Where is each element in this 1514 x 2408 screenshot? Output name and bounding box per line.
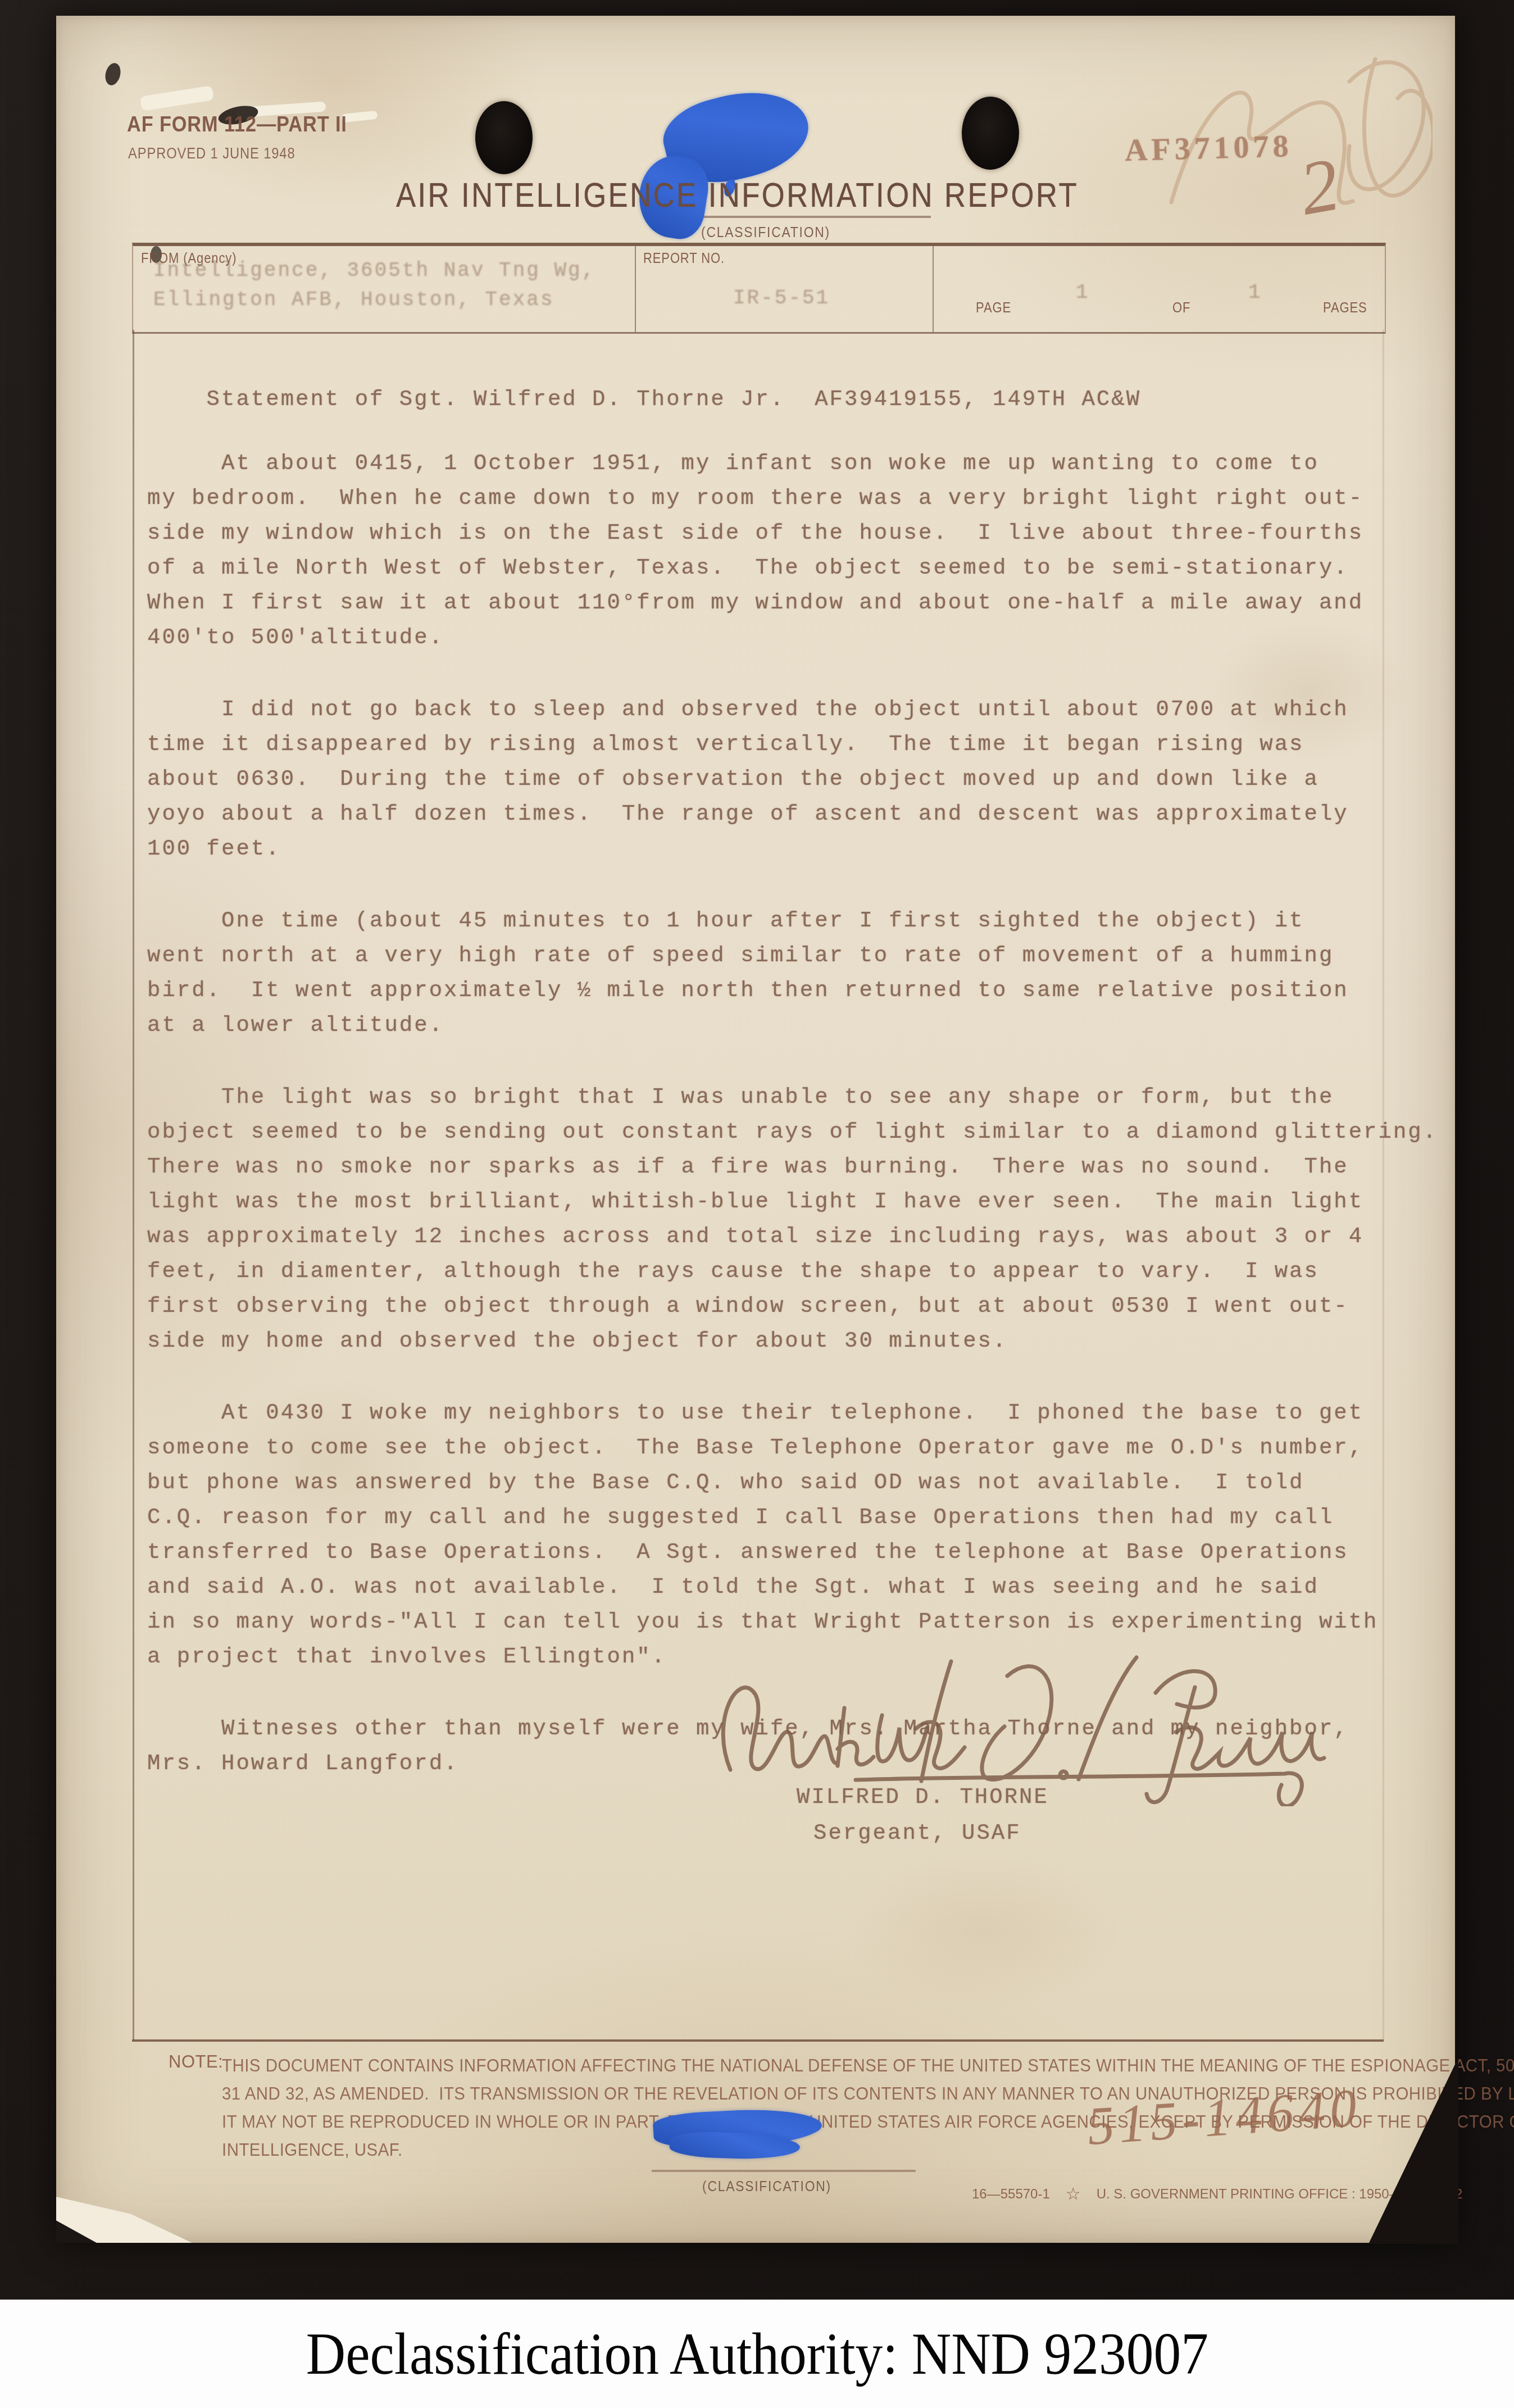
form-header-box: FROM (Agency) Intelligence, 3605th Nav T… <box>132 243 1386 334</box>
pages-label: PAGES <box>1323 300 1373 316</box>
statement-heading: Statement of Sgt. Wilfred D. Thorne Jr. … <box>147 382 1438 417</box>
form-number-text: AF FORM 112—PART II <box>127 112 347 137</box>
form-box-divider <box>635 246 636 332</box>
body-frame-left-line <box>133 330 134 2041</box>
gpo-star-icon: ☆ <box>1066 2184 1081 2204</box>
page-number: 1 <box>1076 275 1090 310</box>
gpo-code: 16—55570-1 <box>972 2187 1050 2202</box>
signer-rank-typed: Sergeant, USAF <box>813 1816 1021 1851</box>
scanned-document-photo: AF FORM 112—PART II APPROVED 1 JUNE 1948… <box>0 0 1514 2408</box>
declassification-bar: Declassification Authority: NND 923007 <box>0 2300 1514 2408</box>
form-box-divider <box>933 246 934 332</box>
report-no-label-text: REPORT NO. <box>643 251 725 267</box>
punch-hole-left <box>475 101 533 174</box>
pencil-scribble <box>1140 34 1433 247</box>
declassification-text: Declassification Authority: NND 923007 <box>306 2320 1208 2388</box>
form-approved-text: APPROVED 1 JUNE 1948 <box>128 145 295 162</box>
pages-number: 1 <box>1248 275 1262 310</box>
paragraph: I did not go back to sleep and observed … <box>147 692 1438 866</box>
classification-underline-bottom <box>652 2170 916 2172</box>
classification-label-top-text: (CLASSIFICATION) <box>701 224 830 241</box>
classification-label-bottom-text: (CLASSIFICATION) <box>702 2178 831 2195</box>
gpo-imprint-row: 16—55570-1 ☆ U. S. GOVERNMENT PRINTING O… <box>972 2184 1462 2204</box>
body-frame-bottom-line <box>132 2039 1384 2042</box>
classification-label-bottom: (CLASSIFICATION) <box>702 2178 849 2195</box>
pages-label-text: PAGES <box>1323 300 1367 316</box>
form-approved-date: APPROVED 1 JUNE 1948 <box>128 145 318 162</box>
paragraph: The light was so bright that I was unabl… <box>147 1080 1438 1359</box>
classification-label-top: (CLASSIFICATION) <box>701 224 848 241</box>
paragraph: At about 0415, 1 October 1951, my infant… <box>147 446 1438 655</box>
from-value: Intelligence, 3605th Nav Tng Wg, Ellingt… <box>153 256 595 315</box>
report-title: AIR INTELLIGENCE INFORMATION REPORT <box>396 175 1079 215</box>
paragraph: At 0430 I woke my neighbors to use their… <box>147 1396 1438 1674</box>
paragraph: One time (about 45 minutes to 1 hour aft… <box>147 903 1438 1043</box>
page-label: PAGE <box>976 300 1016 316</box>
security-note-label: NOTE: <box>169 2052 223 2072</box>
signer-name-typed: WILFRED D. THORNE <box>797 1780 1049 1815</box>
punch-hole-right <box>962 97 1019 170</box>
report-body: Statement of Sgt. Wilfred D. Thorne Jr. … <box>147 382 1438 1818</box>
report-no-label: REPORT NO. <box>643 251 736 267</box>
report-no-value: IR-5-51 <box>733 281 830 316</box>
page-label-text: PAGE <box>976 300 1011 316</box>
of-label: OF <box>1172 300 1193 316</box>
form-number: AF FORM 112—PART II <box>127 112 377 137</box>
of-label-text: OF <box>1172 300 1190 316</box>
